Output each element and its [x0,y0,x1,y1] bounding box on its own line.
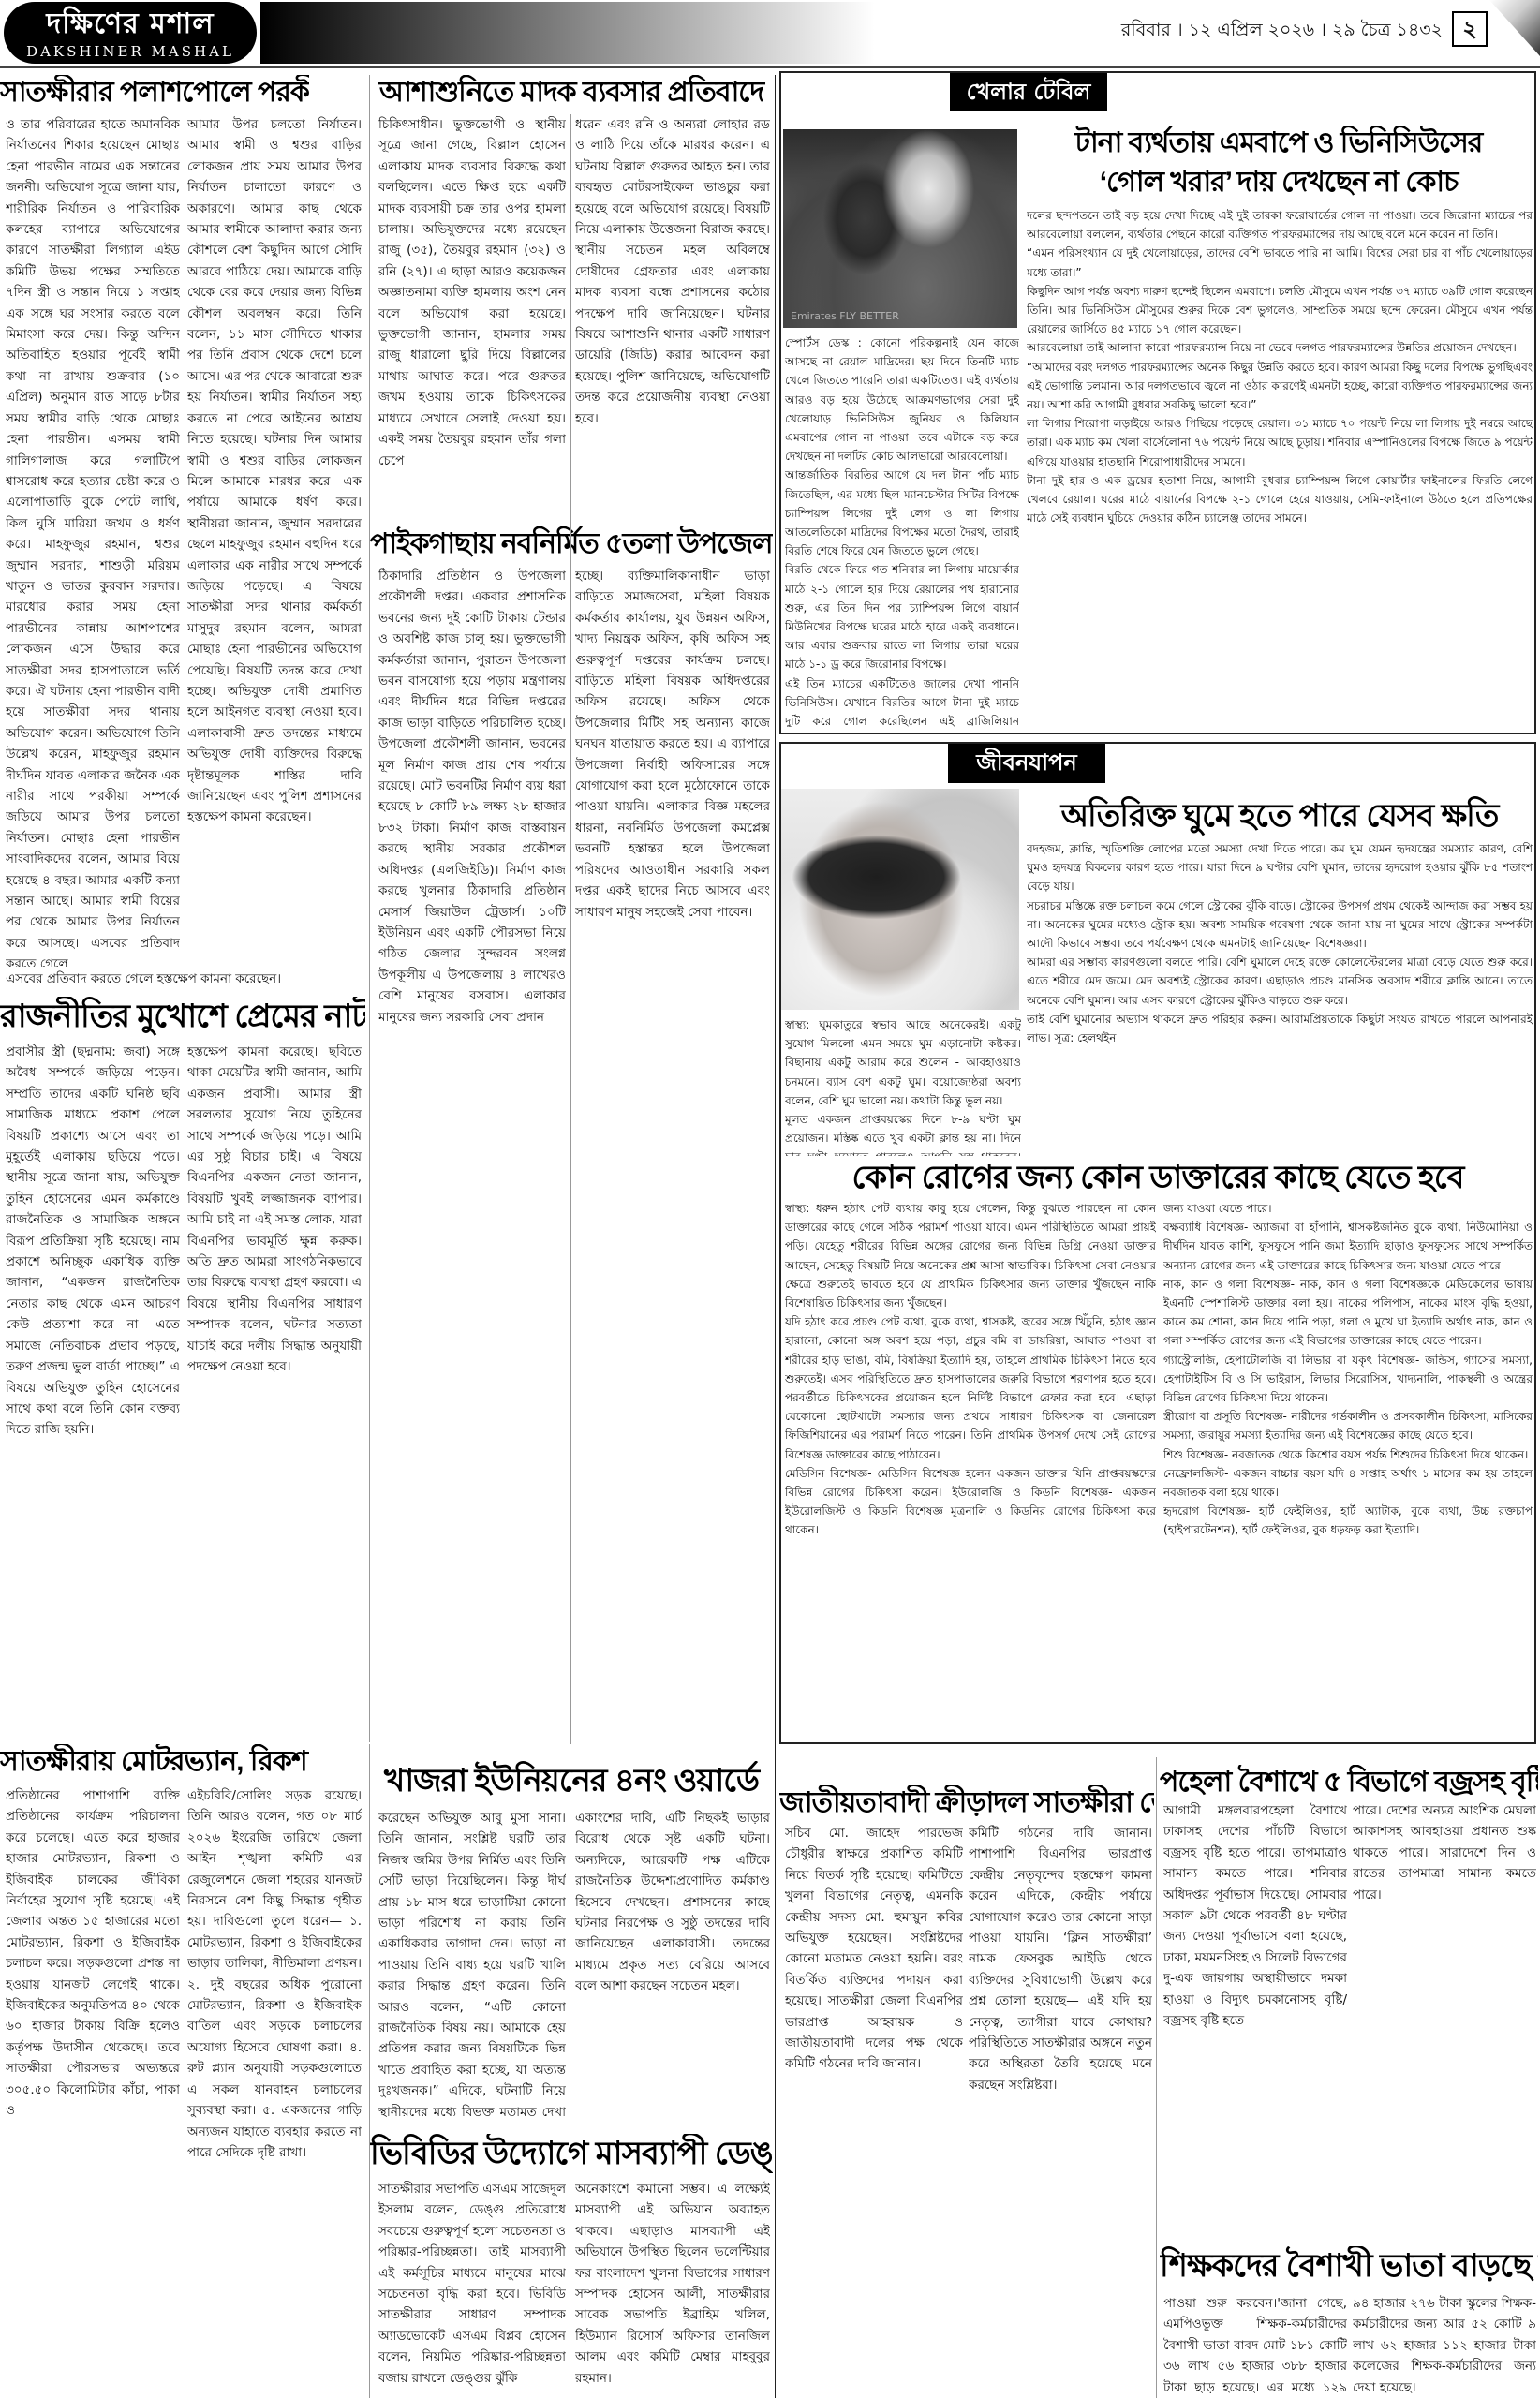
headline-jatiyatabadi: জাতীয়তাবাদী ক্রীড়াদল সাতক্ষীরা জেলা [779,1785,1154,1821]
article-shikkhok-col2: ৯৪ হাজার ২৭৬ টাকা স্কুলের শিক্ষক-কর্মচার… [1353,2293,1536,2398]
headline-baishakh-rain: পহেলা বৈশাখে ৫ বিভাগে বজ্রসহ বৃষ্টি হতে … [1160,1765,1538,1800]
article-doctor-col1: স্বাস্থ্য: ধরুন হঠাৎ পেট ব্যথায় কাবু হয… [785,1199,1156,1739]
article-palashpole-col2: আমার উপর চলতো নির্যাতন। আমার স্বামী ও শ্… [187,114,362,967]
article-motorvan-col1: প্রতিষ্ঠানের পাশাপাশি ব্যক্তি প্রতিষ্ঠান… [6,1785,180,2398]
article-jatiyatabadi-col1: সচিব মো. জাহেদ পারভেজ চৌধুরীর স্বাক্ষরে … [785,1823,963,2398]
headline-motorvan: সাতক্ষীরায় মোটরভ্যান, রিকশা [0,1744,309,1780]
column-divider [369,75,370,1742]
article-shikkhok-col1: পাওয়া শুরু করবেন।'জানা গেছে, এমপিওভুক্ত… [1163,2293,1347,2398]
headline-rajniti: রাজনীতির মুখোশে প্রেমের নাটক [0,997,365,1036]
section-tag-sports: খেলার টেবিল [950,73,1107,111]
article-paikgachha-col1: ঠিকাদারি প্রতিষ্ঠান ও উপজেলা প্রকৌশলী দপ… [378,566,566,1737]
page-center-divider [775,75,776,2398]
headline-teachers-allowance: শিক্ষকদের বৈশাখী ভাতা বাড়ছে না [1160,2246,1538,2286]
article-lifestyle-right: বদহজম, ক্লান্তি, স্মৃতিশক্তি লোপের মতো স… [1027,839,1533,1158]
page-number: ২ [1452,11,1488,47]
newspaper-logo[interactable]: দক্ষিণের মশাল DAKSHINER MASHAL [4,2,257,64]
column-divider [1156,1757,1157,2398]
headline-sports-line1: টানা ব্যর্থতায় এমবাপে ও ভিনিসিউসের [1023,126,1534,161]
article-rajniti-col2: হস্তক্ষেপ কামনা করেছে। ছবিতে থাকা মেয়েট… [187,1042,362,1735]
article-lifestyle-left: স্বাস্থ্য: ঘুমকাতুরে স্বভাব আছে অনেকেরই।… [785,1015,1021,1156]
headline-palashpole: সাতক্ষীরার পলাশপোলে পরকীয়ায় [0,75,309,111]
article-ashashuni-col2: ধরেন এবং রনি ও অন্যরা লোহার রড ও লাঠি দি… [575,114,770,523]
article-doctor-col2: জন্য যাওয়া যেতে পারে। বক্ষব্যাধি বিশেষজ… [1163,1199,1533,1739]
article-ashashuni-col1: চিকিৎসাধীন। ভুক্তভোগী ও স্থানীয় সূত্রে … [378,114,566,523]
article-khajra-col2: একাংশের দাবি, এটি নিছকই ভাড়ার বিরোধ থেক… [575,1808,770,2126]
article-khajra-col1: করেছেন অভিযুক্ত আবু মুসা সানা। তিনি জানা… [378,1808,566,2126]
headline-doctor: কোন রোগের জন্য কোন ডাক্তারের কাছে যেতে হ… [783,1158,1533,1197]
article-rajniti-col1: প্রবাসীর স্ত্রী (ছদ্মনাম: জবা) সঙ্গে অবৈ… [6,1042,180,1735]
article-palashpole-col1: ও তার পরিবারের হাতে অমানবিক নির্যাতনের শ… [6,114,180,967]
headline-sports-line2: ‘গোল খরার’ দায় দেখছেন না কোচ [1023,165,1534,200]
logo-english: DAKSHINER MASHAL [4,43,257,60]
article-baishakh-col1: আগামী মঙ্গলবারপহেলা বৈশাখে ঢাকাসহ দেশের … [1163,1800,1347,2184]
headline-paikgachha: পাইকগাছায় নবনির্মিত ৫তলা উপজেলা [370,526,773,562]
sleeping-woman-photo [781,789,1019,1010]
column-divider [369,1744,370,2398]
football-photo: Emirates FLY BETTER [783,129,1017,328]
column-divider [570,114,571,1744]
headline-vbd-dengue: ভিবিডির উদ্যোগে মাসব্যাপী ডেঙ্গু [370,2134,773,2173]
article-vbd-col1: সাতক্ষীরার সভাপতি এসএম সাজেদুল ইসলাম বলে… [378,2179,566,2398]
section-tag-lifestyle: জীবনযাপন [948,744,1105,783]
article-motorvan-col2: এইচবিবি/সোলিং সড়ক রয়েছে। তিনি আরও বলেন… [187,1785,362,2398]
photo-jersey-text: Emirates FLY BETTER [791,310,899,322]
article-vbd-col2: অনেকাংশে কমানো সম্ভব। এ লক্ষ্যেই মাসব্যা… [575,2179,770,2398]
headline-lifestyle: অতিরিক্ত ঘুমে হতে পারে যেসব ক্ষতি [1025,796,1534,836]
logo-bengali: দক্ষিণের মশাল [4,2,257,43]
article-jatiyatabadi-col2: কমিটি গঠনের দাবি জানান। পাশাপাশি বিএনপির… [969,1823,1152,2398]
headline-ashashuni: আশাশুনিতে মাদক ব্যবসার প্রতিবাদে [370,75,773,111]
masthead: দক্ষিণের মশাল DAKSHINER MASHAL রবিবার । … [0,0,1540,75]
article-sports-col1: স্পোর্টস ডেস্ক : কোনো পরিকল্পনাই যেন কাজ… [785,333,1019,727]
masthead-rule [0,66,1540,68]
article-baishakh-col2: পারে। দেশের অন্যত্র আংশিক মেঘলা আকাশসহ আ… [1353,1800,1536,2184]
headline-khajra: খাজরা ইউনিয়নের ৪নং ওয়ার্ডে [370,1761,773,1800]
dateline: রবিবার । ১২ এপ্রিল ২০২৬ । ২৯ চৈত্র ১৪৩২ [918,11,1443,49]
article-palashpole-tail: এসবের প্রতিবাদ করতে গেলে হস্তক্ষেপ কামনা… [6,969,362,989]
article-paikgachha-col2: হচ্ছে। ব্যক্তিমালিকানাধীন ভাড়া বাড়িতে … [575,566,770,1737]
article-sports-col2: দলের ছন্দপতনে তাই বড় হয়ে দেখা দিচ্ছে এ… [1027,206,1533,729]
